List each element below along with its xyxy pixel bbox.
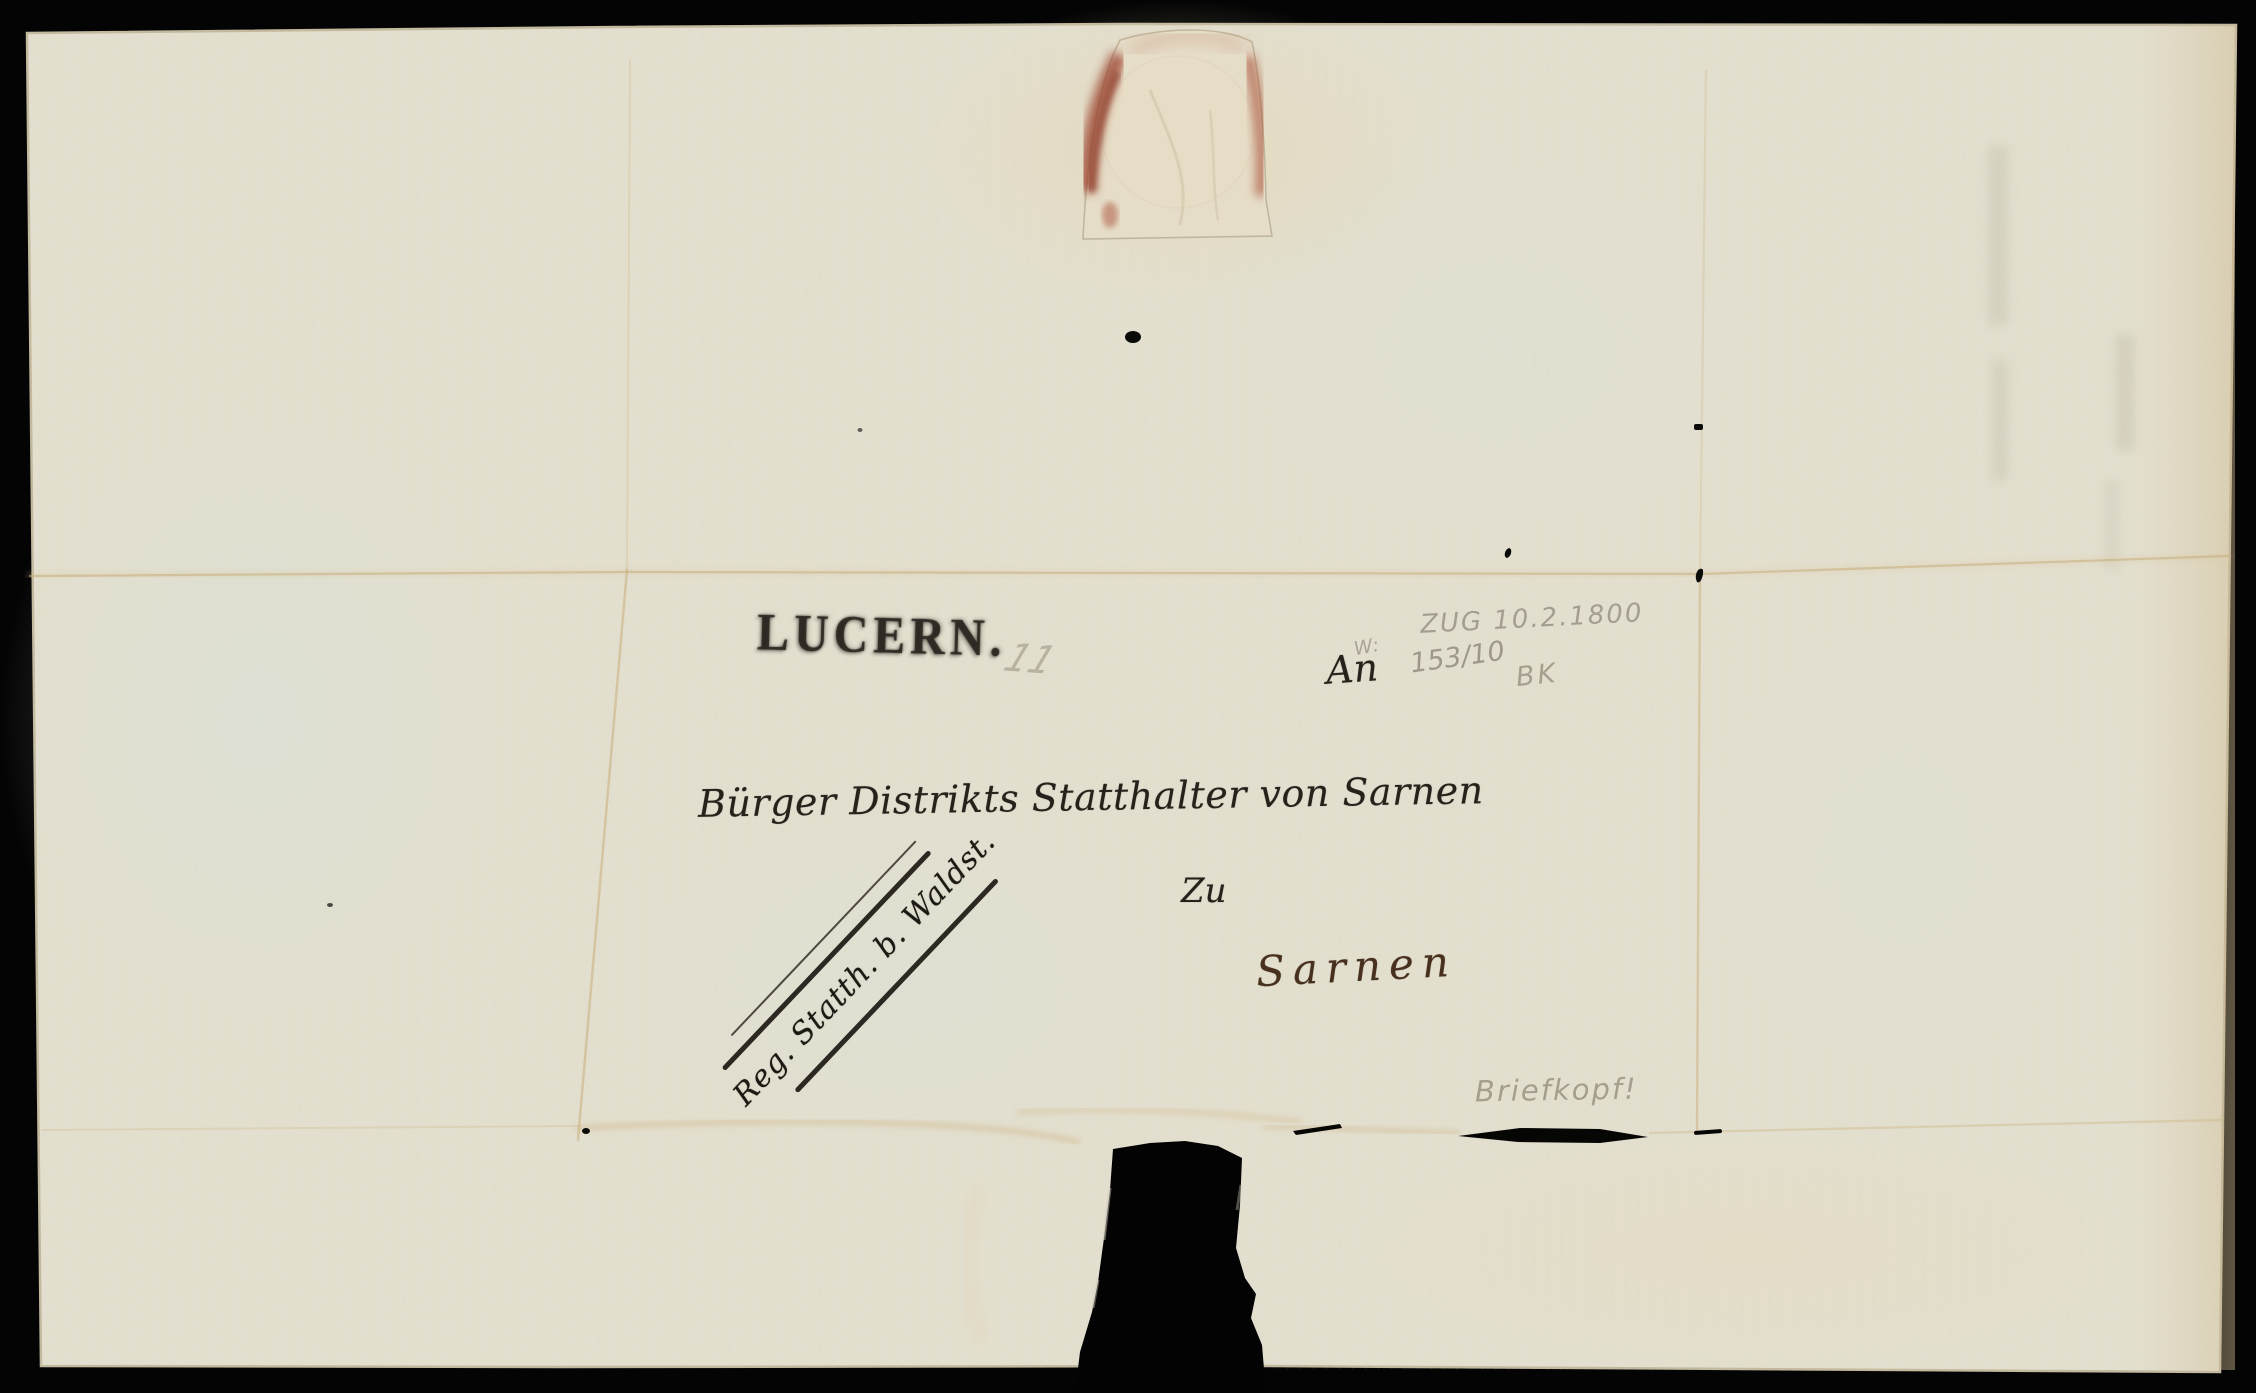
address-place: Sarnen [1255, 941, 1458, 993]
address-salutation: An [1325, 648, 1379, 690]
scanned-letter-cover: LUCERN. 11 ZUG 10.2.1800 W: 153/10 BK Br… [0, 0, 2256, 1393]
paper-artwork [0, 0, 2256, 1393]
pencil-note-initials: BK [1515, 660, 1560, 691]
pencil-note-briefkopf: Briefkopf! [1475, 1075, 1638, 1107]
address-zu: Zu [1181, 874, 1227, 908]
wax-seal [1083, 30, 1272, 239]
postmark-lucerne: LUCERN. [756, 606, 1007, 665]
